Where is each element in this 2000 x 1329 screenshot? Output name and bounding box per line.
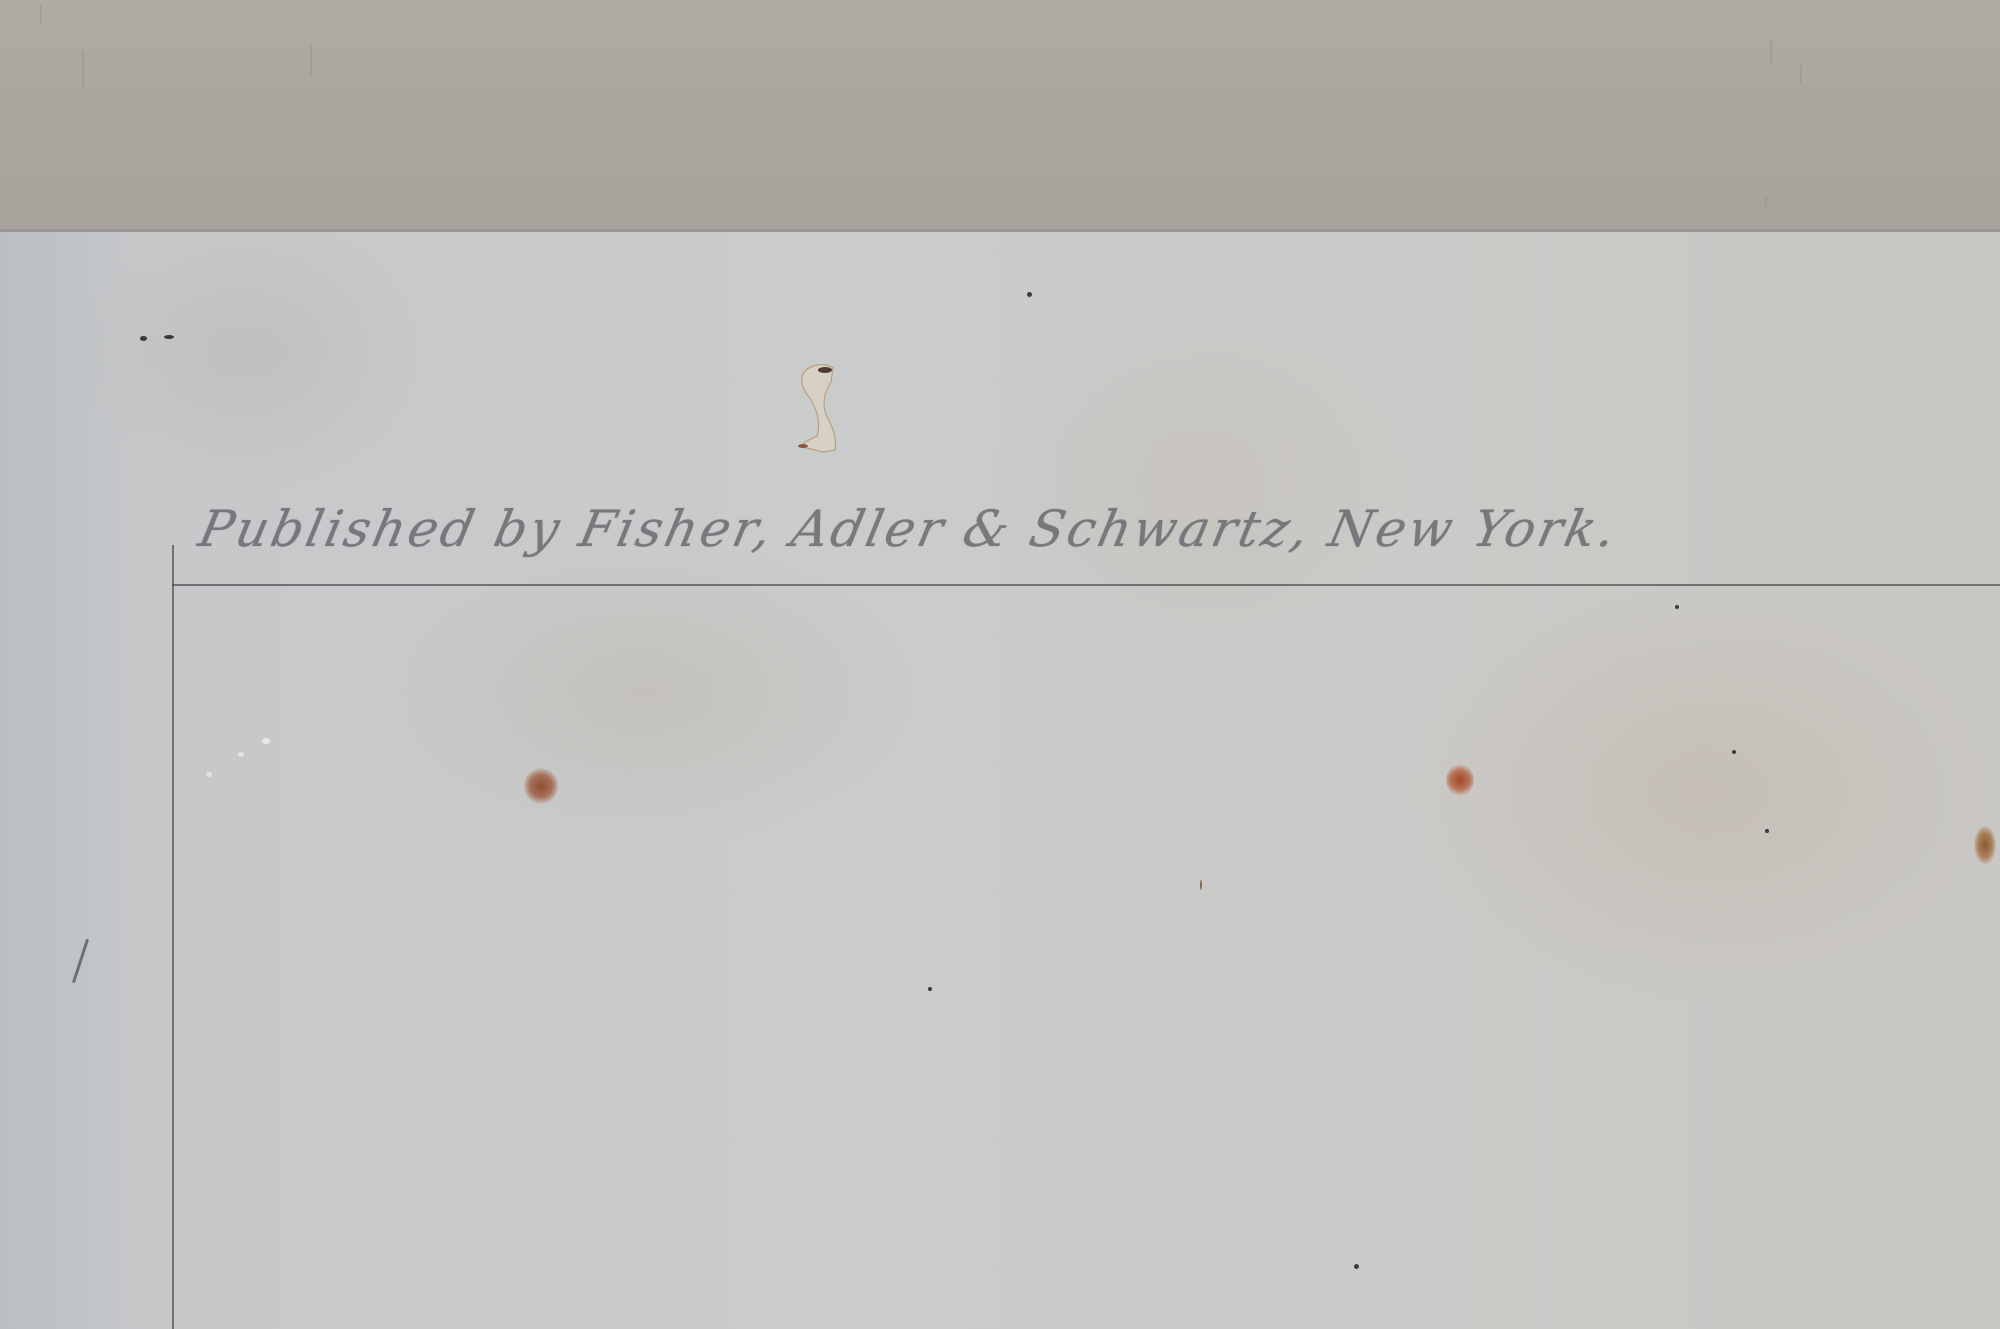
paper-chip — [238, 752, 244, 757]
dirt-speck — [1765, 829, 1769, 833]
paper-sheet — [0, 232, 2000, 1329]
paper-chip — [262, 738, 270, 744]
mat-streak — [1770, 40, 1772, 65]
dirt-speck — [1675, 605, 1679, 609]
torn-paper-flake — [795, 362, 845, 457]
rust-spot — [1974, 826, 1996, 864]
dirt-speck — [1200, 880, 1202, 890]
mat-streak — [82, 50, 84, 90]
dirt-speck — [1354, 1264, 1359, 1269]
dirt-speck — [1027, 292, 1032, 297]
dirt-speck — [928, 987, 932, 991]
rust-spot — [1446, 764, 1474, 796]
publisher-imprint: Published by Fisher, Adler & Schwartz, N… — [194, 500, 1846, 558]
plate-mark-vertical — [172, 545, 174, 1329]
rust-spot — [524, 768, 558, 804]
paper-chip — [206, 772, 212, 777]
plate-mark-horizontal — [172, 584, 2000, 586]
dirt-speck — [140, 336, 147, 341]
dirt-speck — [1732, 750, 1736, 754]
mat-streak — [310, 45, 312, 75]
mat-streak — [40, 5, 42, 25]
mat-streak — [1800, 65, 1802, 85]
paper-edge-shade — [0, 232, 130, 1329]
mat-board — [0, 0, 2000, 232]
mat-streak — [1765, 196, 1767, 206]
dirt-speck — [164, 335, 174, 339]
